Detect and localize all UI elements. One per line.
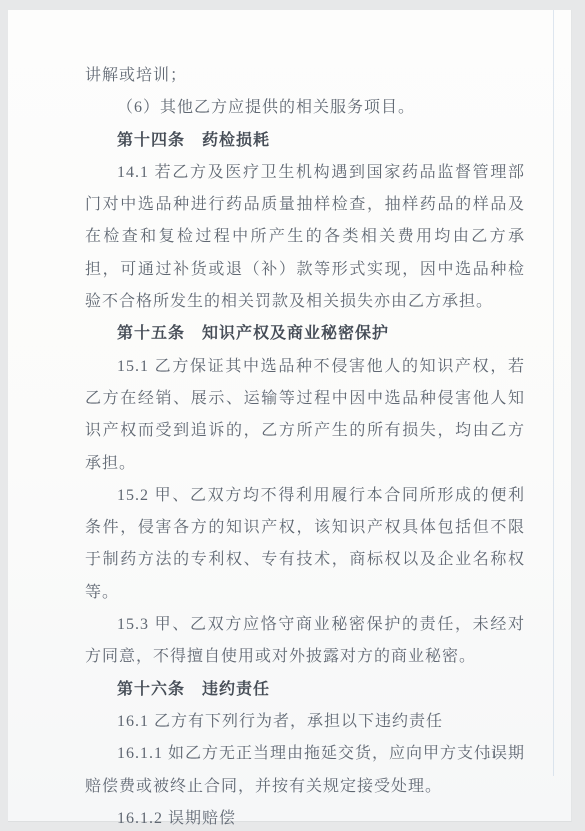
section-heading-article-14: 第十四条 药检损耗 xyxy=(85,125,525,157)
contract-paragraph: （6）其他乙方应提供的相关服务项目。 xyxy=(85,92,525,124)
contract-paragraph: 16.1.2 误期赔偿 xyxy=(85,803,525,831)
section-heading-article-15: 第十五条 知识产权及商业秘密保护 xyxy=(85,318,525,350)
contract-paragraph: 讲解或培训； xyxy=(85,60,525,92)
contract-paragraph: 16.1 乙方有下列行为者，承担以下违约责任 xyxy=(85,706,525,738)
contract-paragraph: 15.1 乙方保证其中选品种不侵害他人的知识产权，若乙方在经销、展示、运输等过程… xyxy=(85,351,525,480)
scan-fold-line xyxy=(553,10,554,776)
contract-paragraph: 14.1 若乙方及医疗卫生机构遇到国家药品监督管理部门对中选品种进行药品质量抽样… xyxy=(85,157,525,318)
contract-text-block: 讲解或培训； （6）其他乙方应提供的相关服务项目。 第十四条 药检损耗 14.1… xyxy=(85,60,525,831)
contract-paragraph: 15.2 甲、乙双方均不得利用履行本合同所形成的便利条件，侵害各方的知识产权，该… xyxy=(85,480,525,609)
page-number: 11 xyxy=(486,750,497,761)
scanned-contract-page: 讲解或培训； （6）其他乙方应提供的相关服务项目。 第十四条 药检损耗 14.1… xyxy=(8,10,572,822)
section-heading-article-16: 第十六条 违约责任 xyxy=(85,674,525,706)
contract-paragraph: 15.3 甲、乙双方应恪守商业秘密保护的责任，未经对方同意，不得擅自使用或对外披… xyxy=(85,609,525,674)
contract-paragraph: 16.1.1 如乙方无正当理由拖延交货，应向甲方支付误期赔偿费或被终止合同，并按… xyxy=(85,738,525,803)
